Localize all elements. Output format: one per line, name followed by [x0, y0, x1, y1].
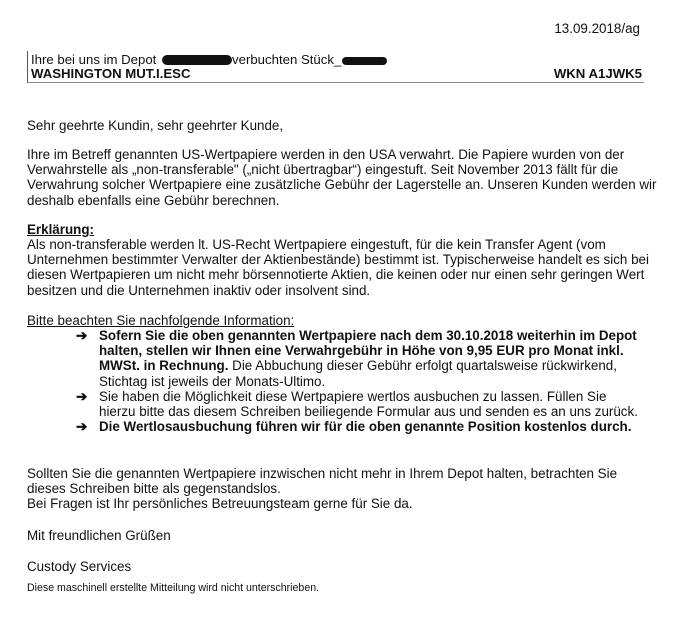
- questions-text: Bei Fragen ist Ihr persönliches Betreuun…: [27, 496, 657, 511]
- security-name: WASHINGTON MUT.I.ESC: [31, 66, 190, 81]
- redacted-quantity: [342, 57, 387, 65]
- explanation-paragraph: Als non-transferable werden lt. US-Recht…: [27, 237, 657, 298]
- subject-box: Ihre bei uns im Depot verbuchten Stück_ …: [27, 51, 644, 83]
- closing-paragraph: Sollten Sie die genannten Wertpapiere in…: [27, 466, 657, 512]
- salutation: Sehr geehrte Kundin, sehr geehrter Kunde…: [27, 118, 657, 133]
- subject-middle: verbuchten Stück: [232, 52, 334, 67]
- closing-greeting: Mit freundlichen Grüßen: [27, 528, 657, 543]
- footnote: Diese maschinell erstellte Mitteilung wi…: [27, 581, 657, 596]
- notice-heading: Bitte beachten Sie nachfolgende Informat…: [27, 313, 657, 328]
- notice-list: ➔ Sofern Sie die oben genannten Wertpapi…: [76, 328, 646, 434]
- list-item: ➔ Sie haben die Möglichkeit diese Wertpa…: [76, 389, 646, 419]
- wkn-number: WKN A1JWK5: [554, 66, 642, 81]
- subject-line: Ihre bei uns im Depot verbuchten Stück_: [31, 52, 387, 67]
- intro-paragraph: Ihre im Betreff genannten US-Wertpapiere…: [27, 147, 657, 208]
- right-arrow-icon: ➔: [76, 328, 87, 343]
- date-reference: 13.09.2018/ag: [554, 21, 640, 36]
- right-arrow-icon: ➔: [76, 419, 87, 434]
- subject-prefix: Ihre bei uns im Depot: [31, 52, 156, 67]
- list-item: ➔ Die Wertlosausbuchung führen wir für d…: [76, 419, 646, 434]
- bullet-bold-text: Die Wertlosausbuchung führen wir für die…: [99, 419, 631, 434]
- explanation-heading: Erklärung:: [27, 222, 657, 237]
- bullet-text: Sie haben die Möglichkeit diese Wertpapi…: [99, 389, 638, 419]
- redacted-depot-number: [162, 55, 232, 65]
- no-longer-held-text: Sollten Sie die genannten Wertpapiere in…: [27, 466, 657, 496]
- right-arrow-icon: ➔: [76, 389, 87, 404]
- list-item: ➔ Sofern Sie die oben genannten Wertpapi…: [76, 328, 646, 389]
- sender-name: Custody Services: [27, 559, 657, 574]
